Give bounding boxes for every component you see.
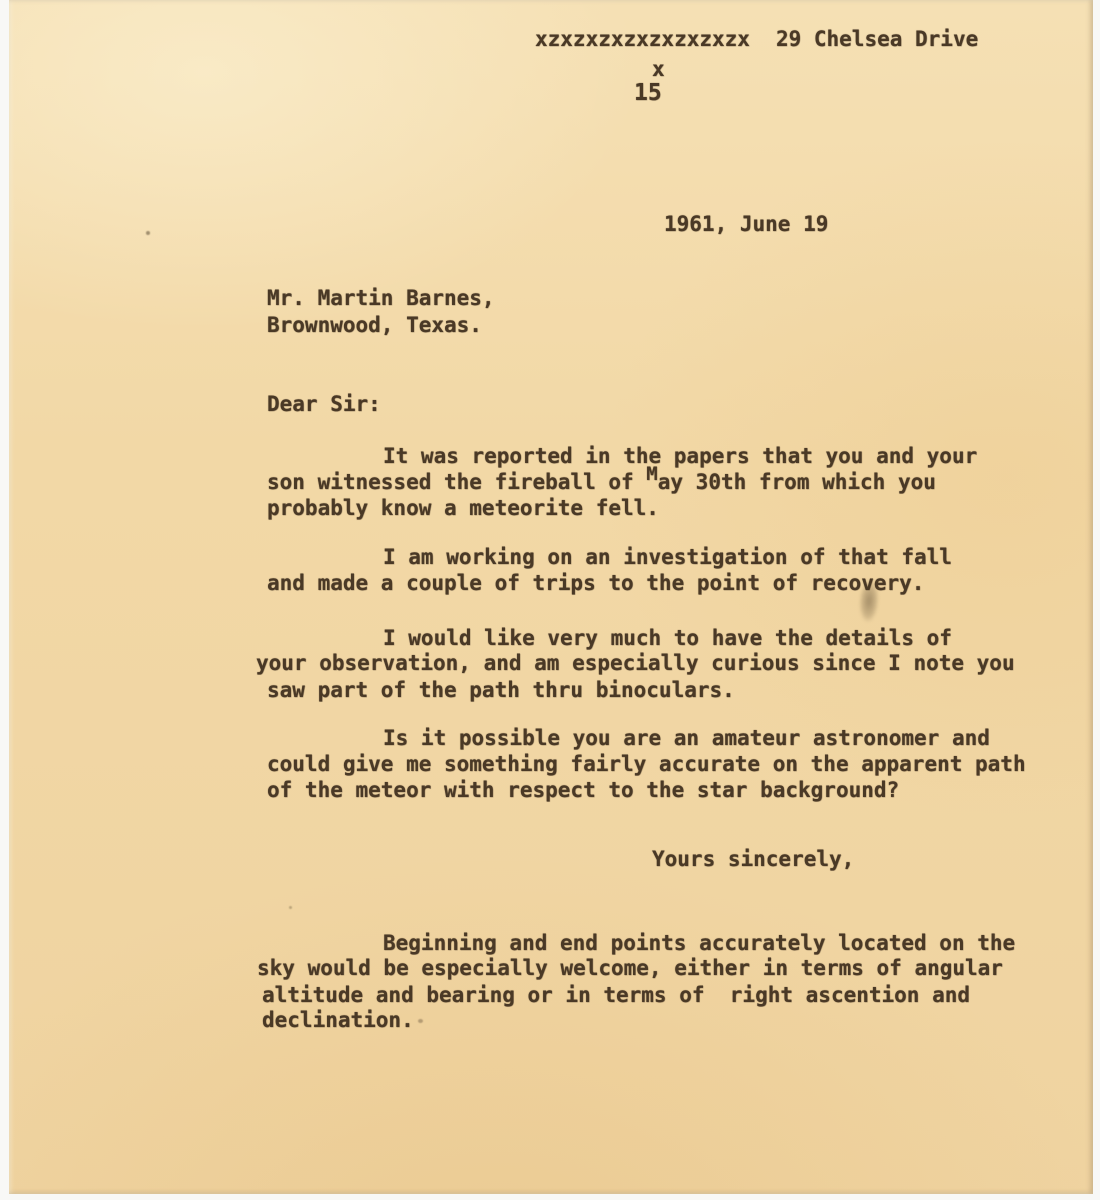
paragraph-1-line-1: It was reported in the papers that you a… bbox=[383, 443, 977, 469]
paragraph-5-line-3: altitude and bearing or in terms of righ… bbox=[262, 982, 970, 1008]
page-number: 15 bbox=[634, 80, 662, 106]
p1-l2-post: ay 30th from which you bbox=[658, 470, 936, 494]
paragraph-3-line-2: your observation, and am especially curi… bbox=[256, 650, 1015, 676]
typeover-strike: xzxzxzxzxzxzxzxzx bbox=[535, 27, 750, 51]
paragraph-1-line-3: probably know a meteorite fell. bbox=[267, 495, 659, 521]
paper-speck bbox=[418, 1019, 423, 1023]
salutation: Dear Sir: bbox=[267, 391, 381, 417]
paragraph-5-line-1: Beginning and end points accurately loca… bbox=[383, 930, 1015, 956]
stray-x-mark: x bbox=[652, 56, 665, 82]
raised-correction-m: M bbox=[646, 463, 657, 485]
p1-l2-pre: son witnessed the fireball of bbox=[267, 470, 646, 494]
paragraph-2-line-2: and made a couple of trips to the point … bbox=[267, 570, 924, 596]
paragraph-2-line-1: I am working on an investigation of that… bbox=[383, 544, 952, 570]
scanned-letter-page: { "page": { "paper_color": "#f2d8a6", "i… bbox=[0, 0, 1100, 1200]
recipient-name: Mr. Martin Barnes, bbox=[267, 285, 495, 311]
paragraph-4-line-3: of the meteor with respect to the star b… bbox=[267, 777, 899, 803]
paragraph-4-line-2: could give me something fairly accurate … bbox=[267, 751, 1026, 777]
paper-speck bbox=[289, 906, 292, 909]
paragraph-4-line-1: Is it possible you are an amateur astron… bbox=[383, 725, 990, 751]
date-line: 1961, June 19 bbox=[664, 211, 828, 237]
paragraph-3-line-3: saw part of the path thru binoculars. bbox=[267, 677, 735, 703]
paragraph-1-line-2: son witnessed the fireball of May 30th f… bbox=[267, 469, 936, 496]
paragraph-5-line-2: sky would be especially welcome, either … bbox=[257, 955, 1003, 981]
paper-sheet bbox=[9, 0, 1093, 1194]
header-line: xzxzxzxzxzxzxzxzx29 Chelsea Drive bbox=[535, 26, 978, 52]
sender-address: 29 Chelsea Drive bbox=[776, 27, 978, 51]
paragraph-5-line-4: declination. bbox=[262, 1007, 414, 1033]
recipient-city: Brownwood, Texas. bbox=[267, 312, 482, 338]
closing-line: Yours sincerely, bbox=[652, 846, 854, 872]
paper-speck bbox=[146, 231, 150, 235]
